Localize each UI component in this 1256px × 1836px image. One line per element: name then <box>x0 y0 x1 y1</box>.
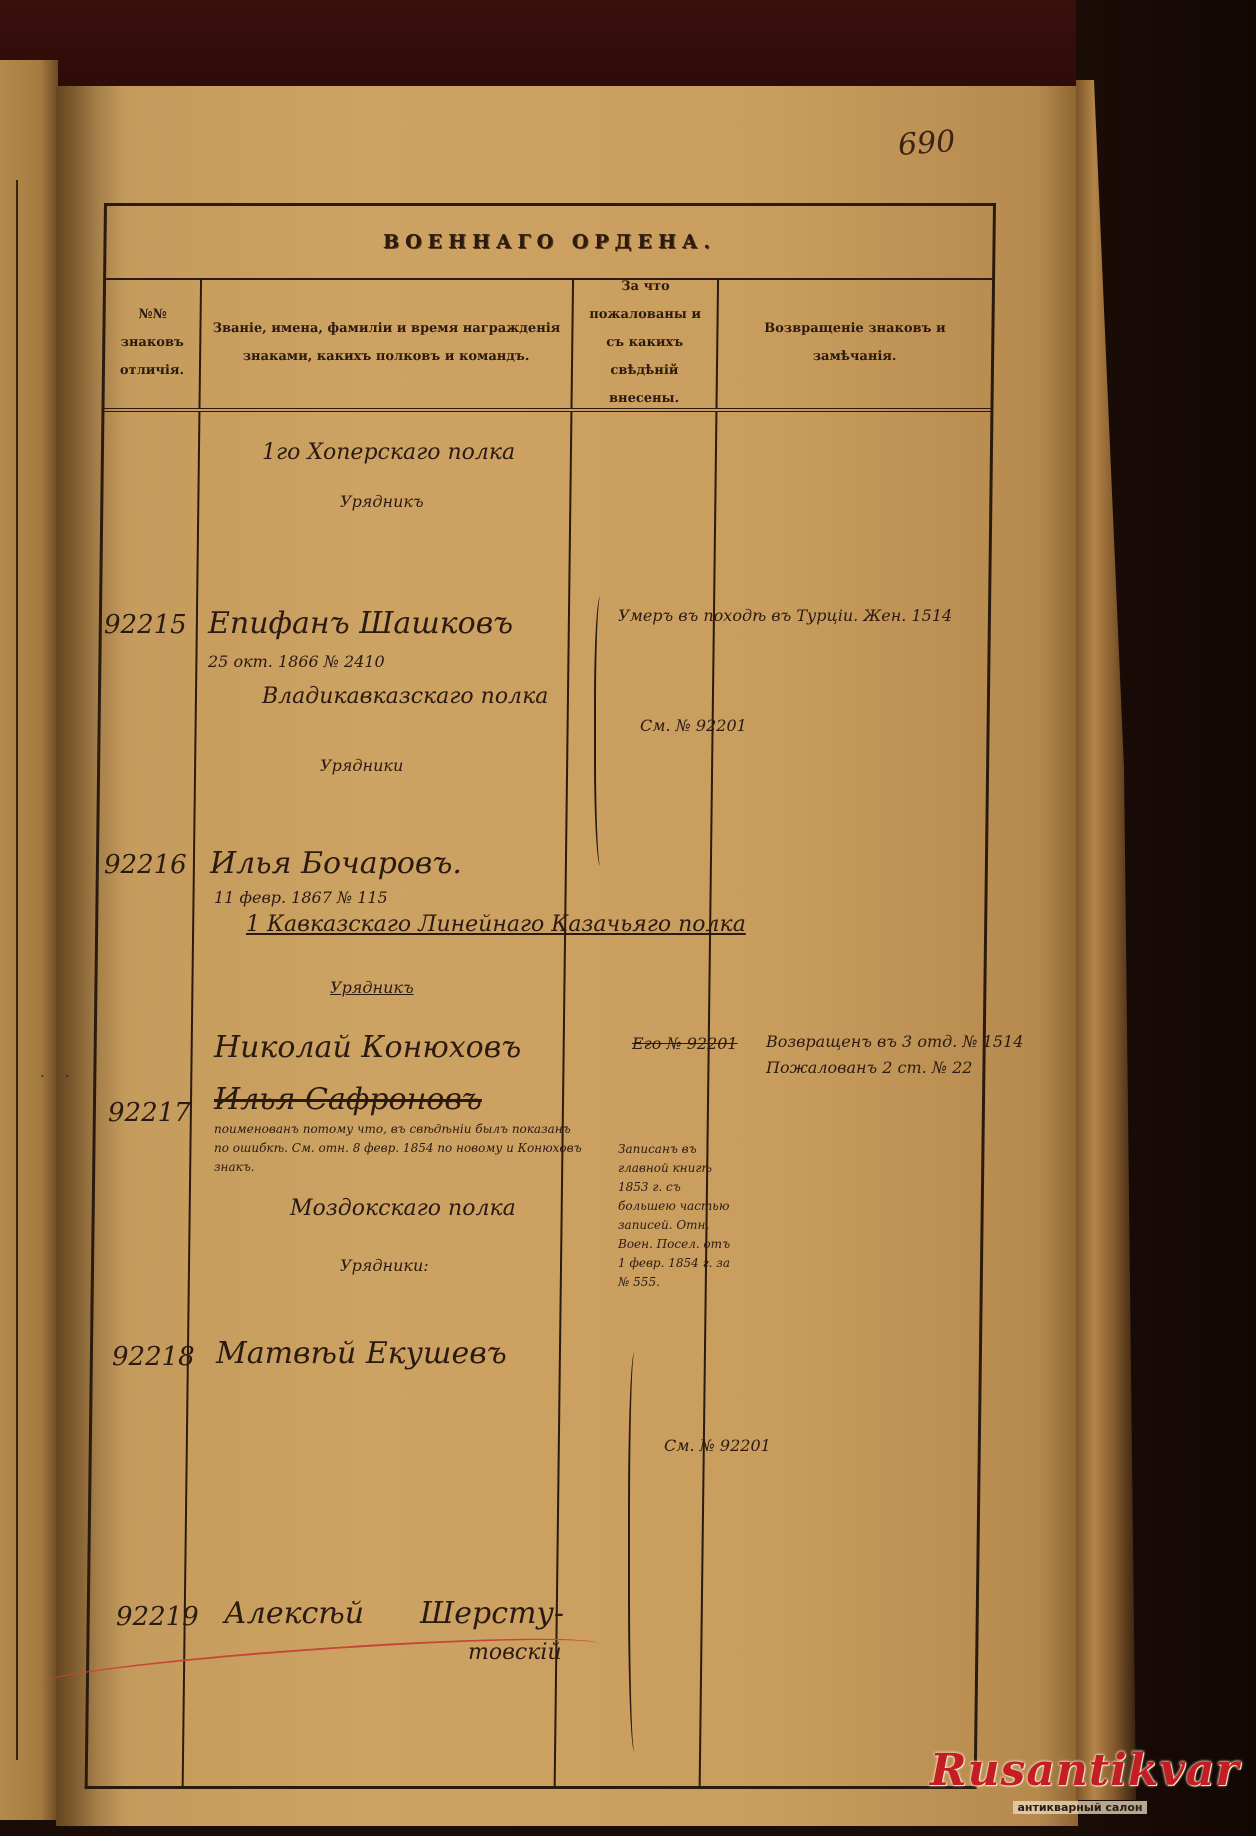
entry-reason-note: Записанъ въ главной книгѣ 1853 г. съ бол… <box>618 1140 738 1292</box>
entry-number: 92218 <box>112 1342 195 1372</box>
entry-number: 92216 <box>104 850 187 880</box>
entry-struck-name: Илья Сафроновъ <box>214 1082 482 1117</box>
section-rank: Урядники <box>320 756 403 775</box>
entry-reason: См. № 92201 <box>664 1436 771 1455</box>
entry-name: Епифанъ Шашковъ <box>208 606 513 641</box>
grouping-brace <box>628 1352 644 1752</box>
entry-name: Илья Бочаровъ. <box>210 846 462 881</box>
entry-remarks: Умеръ въ походѣ въ Турціи. Жен. 1514 <box>618 606 952 625</box>
table-title-row: ВОЕННАГО ОРДЕНА. <box>106 206 993 280</box>
entry-name-part2: Шерсту- <box>420 1596 564 1631</box>
entry-remarks-line1: Возвращенъ въ 3 отд. № 1514 <box>766 1032 1023 1051</box>
header-remarks: Возвращеніе знаковъ и замѣчанія. <box>717 278 992 408</box>
entry-name: Николай Конюховъ <box>214 1030 521 1065</box>
section-regiment: Моздокскаго полка <box>290 1196 516 1221</box>
section-rank: Урядникъ <box>340 492 424 511</box>
entry-date-note: 11 февр. 1867 № 115 <box>214 888 388 907</box>
entry-reason: См. № 92201 <box>640 716 747 735</box>
section-rank: Урядникъ <box>330 978 414 997</box>
grouping-brace <box>594 596 610 866</box>
entry-remarks-line2: Пожалованъ 2 ст. № 22 <box>766 1058 972 1077</box>
header-name: Званіе, имена, фамиліи и время награжден… <box>200 278 574 408</box>
entry-reason-struck: Его № 92201 <box>632 1034 738 1053</box>
section-regiment: Владикавказскаго полка <box>262 684 548 709</box>
watermark-brand: Rusantikvar <box>930 1745 1230 1796</box>
entry-number: 92215 <box>104 610 187 640</box>
watermark: Rusantikvar антикварный салон <box>930 1745 1230 1815</box>
section-regiment: 1 Кавказскаго Линейнаго Казачьяго полка <box>246 912 746 937</box>
header-number: №№ знаковъ отличія. <box>104 278 202 408</box>
left-page-edge <box>0 60 58 1820</box>
entry-name: Матвѣй Екушевъ <box>216 1336 507 1371</box>
margin-dots: . . <box>40 1065 77 1081</box>
watermark-subtitle: антикварный салон <box>1013 1801 1146 1814</box>
table-header-row: №№ знаковъ отличія. Званіе, имена, фамил… <box>104 278 992 412</box>
entry-number: 92219 <box>116 1602 199 1632</box>
section-rank: Урядники: <box>340 1256 429 1275</box>
entry-date-note: 25 окт. 1866 № 2410 <box>208 652 385 671</box>
section-regiment: 1го Хоперскаго полка <box>262 440 515 465</box>
folio-number: 690 <box>897 124 957 163</box>
left-page-rule <box>0 180 18 1760</box>
ledger-table: ВОЕННАГО ОРДЕНА. №№ знаковъ отличія. Зва… <box>85 203 996 1789</box>
entry-correction-note: поименованъ потому что, въ свѣдѣніи былъ… <box>214 1120 584 1177</box>
entry-number: 92217 <box>108 1098 191 1128</box>
header-reason: За что пожалованы и съ какихъ свѣдѣній в… <box>572 278 719 408</box>
table-title: ВОЕННАГО ОРДЕНА. <box>383 231 716 253</box>
entry-name-part1: Алексѣй <box>224 1596 364 1631</box>
